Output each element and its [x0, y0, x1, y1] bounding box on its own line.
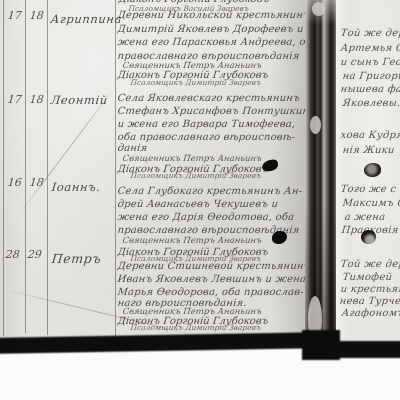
right-page-text-line: Той же дер [340, 259, 400, 270]
baptism-day-cell: 29 [27, 248, 42, 261]
baptism-day-cell: 18 [29, 176, 44, 189]
ink-blot [272, 231, 287, 244]
record-text-line: данія [117, 143, 148, 154]
record-text-line: православнаго вѣроисповѣданія [117, 51, 300, 62]
record-text-line: оба православнаго вѣроисповѣ- [117, 132, 296, 143]
right-page-text-line: хова Кудря [340, 130, 400, 141]
paper-edge-highlight [310, 116, 321, 134]
right-page-text-line: Того же с [340, 184, 397, 195]
birth-day-cell: 28 [5, 248, 20, 261]
worm-hole [364, 163, 381, 177]
column-rule [115, 0, 116, 336]
right-page-text-line: и сынъ Георг [340, 57, 400, 68]
right-page-text-line: Яковлевы. [342, 98, 400, 109]
record-text-line: Деревни Стишневой крестьянинъ [117, 261, 311, 272]
clergy-signature-line: Священникъ Петръ Ананьинъ [122, 154, 262, 164]
column-rule [3, 0, 4, 336]
birth-day-cell: 17 [7, 9, 22, 22]
record-text-line: Иванъ Яковлевъ Левшинъ и жена [117, 274, 307, 285]
column-rule [25, 0, 26, 333]
child-name: Іоаннъ. [51, 180, 101, 194]
left-page: Діаконъ Горгоній Глубоковъ Псаломщикъ Ва… [0, 0, 314, 338]
clergy-signature-line: Псаломщикъ Димитрій Зваревъ [130, 171, 261, 180]
record-text-line: жена его Парасковья Андреева, оба [117, 37, 314, 48]
record-text-line: Села Глубокаго крестьянинъ Ан- [117, 186, 303, 197]
record-text-line: Села Яковлевскаго крестьянинъ [117, 93, 301, 104]
worm-hole [361, 230, 376, 244]
right-page-text-line: и крестьяни [340, 284, 400, 295]
clergy-signature-line: Псаломщикъ Димитрій Зваревъ [130, 323, 261, 332]
baptism-day-cell: 18 [29, 9, 44, 22]
record-text-line: и жена его Варвара Тимофеева, [117, 119, 296, 130]
birth-day-cell: 17 [7, 93, 22, 106]
baptism-day-cell: 18 [29, 93, 44, 106]
clergy-signature-line: Священникъ Петръ Ананьинъ [122, 236, 262, 246]
paper-edge-highlight [312, 2, 325, 16]
record-text-line: Марья Ѳеодорова, оба православ- [117, 287, 304, 298]
right-page-text-line: Агафономъ [341, 308, 400, 319]
right-page-text-line: а жена [344, 212, 386, 223]
ink-blot [261, 159, 278, 172]
child-name: Петръ [51, 251, 102, 266]
right-page-text-line: Тимофей [342, 272, 393, 283]
right-page-text-line: Артемья Сав [340, 43, 400, 54]
right-page-text-line: на Григорь [342, 71, 400, 82]
clergy-signature-line: Псаломщикъ Димитрій Зваревъ [130, 78, 261, 87]
right-page-text-line: нія Жики [342, 145, 395, 156]
record-text-line: Стефанъ Хрисанфовъ Понтушкинъ [117, 106, 314, 117]
child-name: Агриппина [50, 12, 123, 26]
scanned-register-page: Діаконъ Горгоній Глубоковъ Псаломщикъ Ва… [0, 0, 400, 400]
page-shadow [334, 341, 400, 358]
birth-day-cell: 16 [7, 176, 22, 189]
child-name: Леонтій [50, 93, 109, 107]
right-page-text-line: Той же дерев [340, 28, 400, 39]
record-text-line: жена его Дарія Ѳеодотова, оба [117, 212, 295, 223]
right-page: Той же дерев Артемья Сав и сынъ Георг на… [336, 0, 400, 344]
record-text-line: Деревни Никольской крестьянинъ [117, 10, 310, 21]
right-page-text-line: нышева фа [340, 84, 400, 95]
book-binding-gutter [305, 0, 338, 352]
right-page-text-line: Максимъ С [342, 198, 400, 209]
column-rule [47, 0, 48, 335]
right-page-text-line: нева Турчева [339, 296, 400, 307]
record-text-line: Димитрій Яковлевъ Дорофеевъ и [117, 24, 304, 35]
record-text-line: дрей Аѳанасьевъ Чекушевъ и [117, 199, 279, 210]
